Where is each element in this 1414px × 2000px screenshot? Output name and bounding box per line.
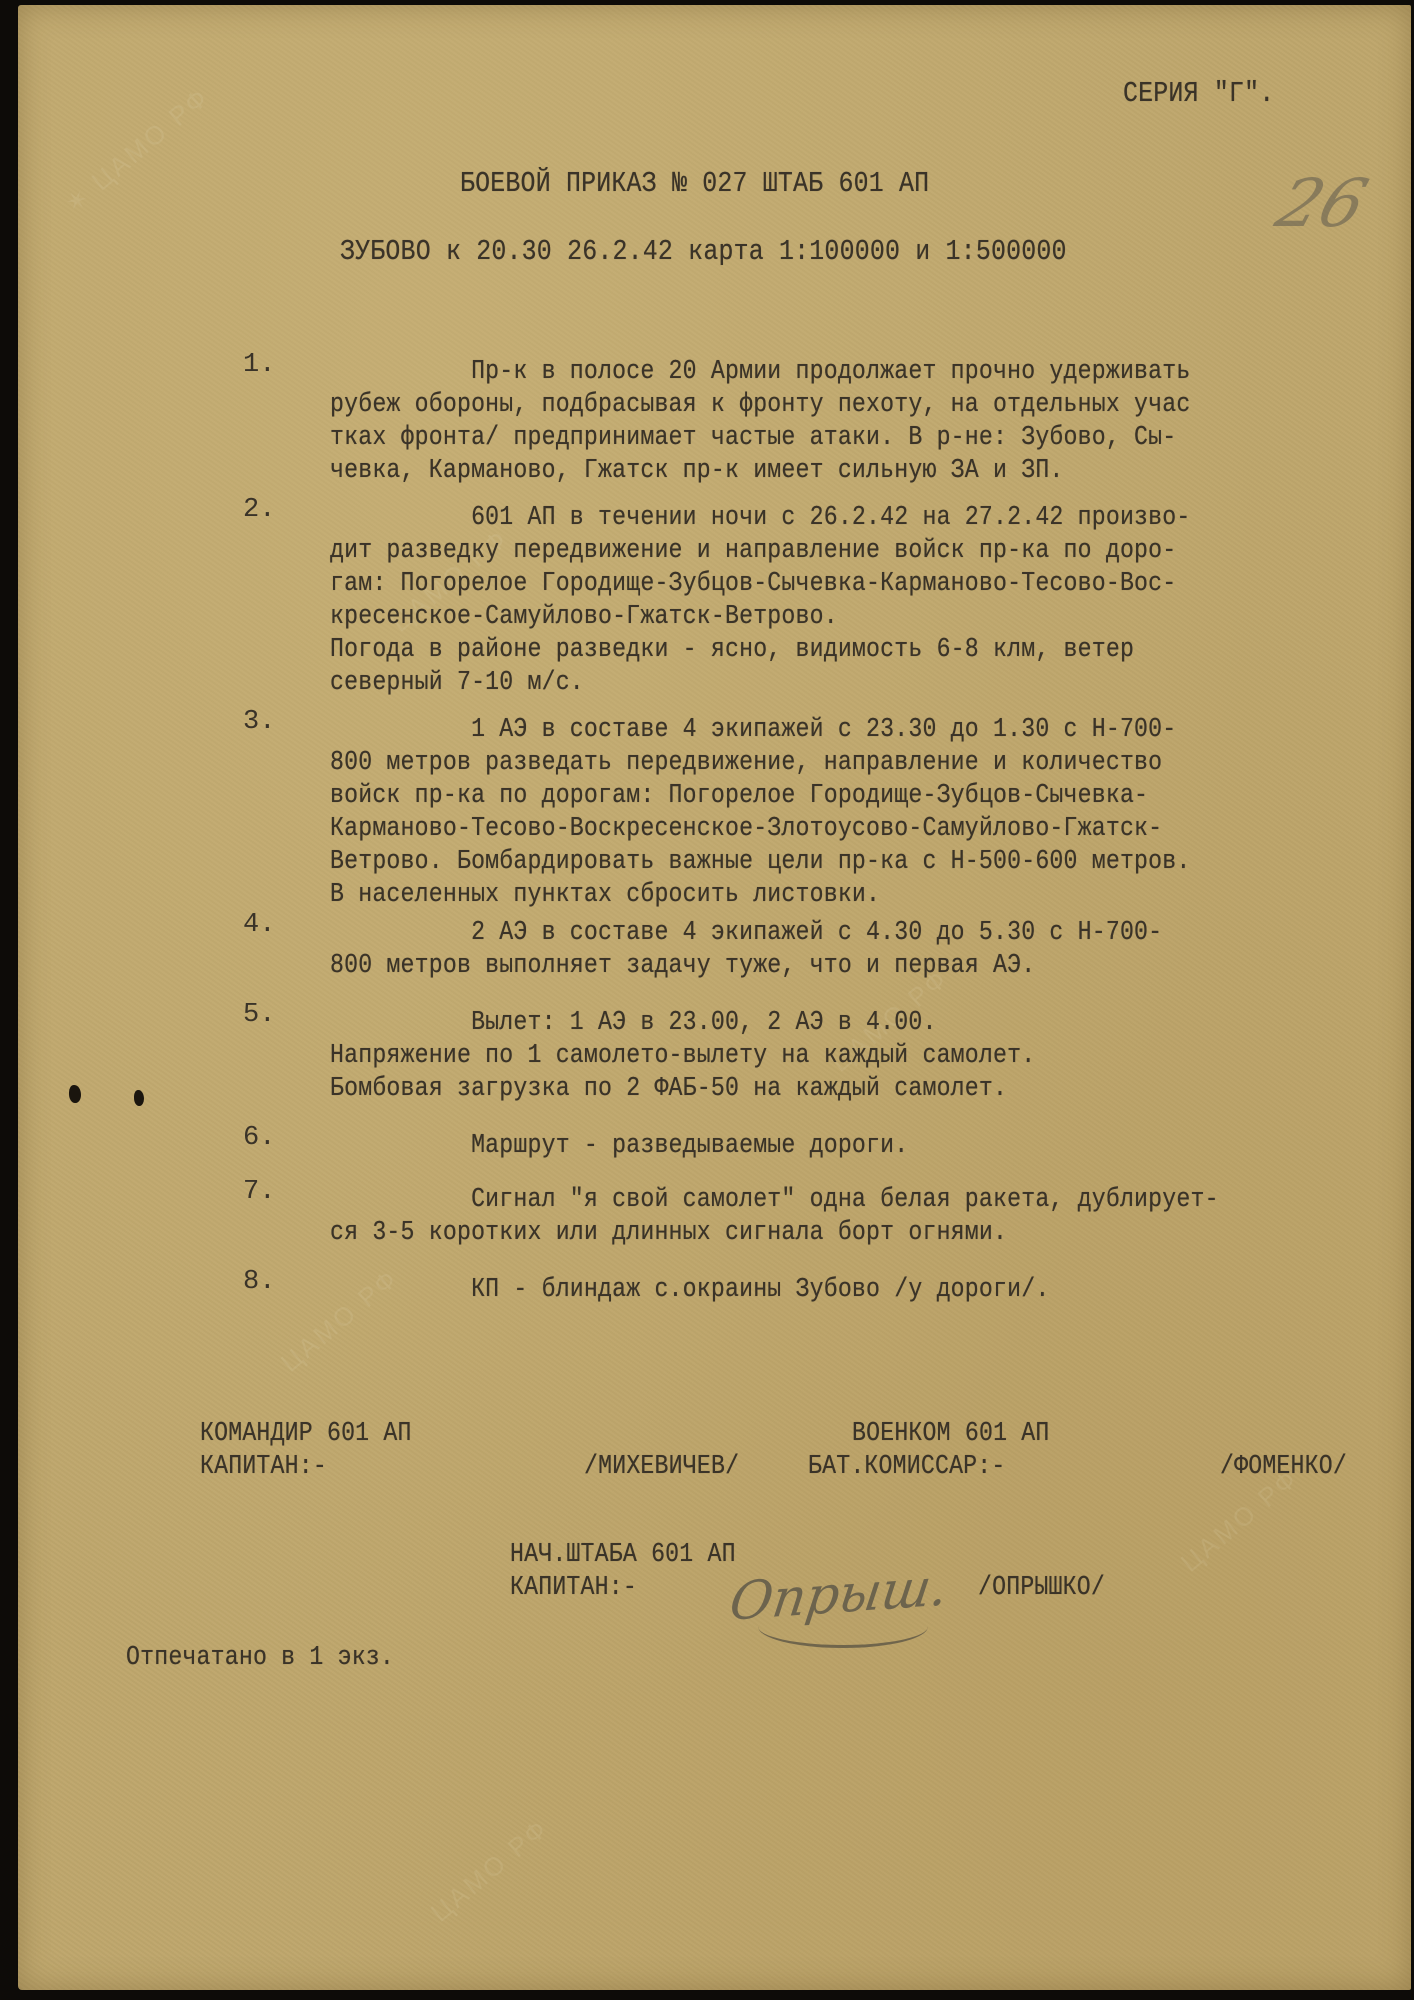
commissar-name: /ФОМЕНКО/: [1220, 1451, 1347, 1484]
punch-hole: [134, 1090, 144, 1106]
document-page: ✶ ЦАМО РФ ЦАМО РФ ЦАМО РФ ЦАМО РФ ЦАМО Р…: [18, 5, 1411, 1990]
item-line: Карманово-Тесово-Воскресенское-Злотоусов…: [330, 813, 1162, 846]
item-line: Погода в районе разведки - ясно, видимос…: [330, 634, 1134, 667]
item-line: Маршрут - разведываемые дороги.: [330, 1130, 908, 1163]
item-number: 2.: [243, 495, 275, 525]
item-line: Вылет: 1 АЭ в 23.00, 2 АЭ в 4.00.: [330, 1007, 937, 1040]
document-subtitle: ЗУБОВО к 20.30 26.2.42 карта 1:100000 и …: [340, 235, 1067, 268]
chief-of-staff-title: НАЧ.ШТАБА 601 АП: [510, 1539, 736, 1572]
item-line: северный 7-10 м/с.: [330, 667, 584, 700]
item-number: 3.: [243, 707, 275, 737]
commissar-rank: БАТ.КОМИССАР:-: [808, 1451, 1005, 1484]
item-line: КП - блиндаж с.окраины Зубово /у дороги/…: [330, 1274, 1049, 1307]
item-line: Бомбовая загрузка по 2 ФАБ-50 на каждый …: [330, 1073, 1007, 1106]
commander-title: КОМАНДИР 601 АП: [200, 1418, 412, 1451]
item-number: 6.: [243, 1123, 275, 1153]
item-line: дит разведку передвижение и направление …: [330, 535, 1176, 568]
chief-of-staff-name: /ОПРЫШКО/: [978, 1572, 1105, 1605]
item-number: 8.: [243, 1267, 275, 1297]
item-number: 1.: [243, 350, 275, 380]
item-line: 2 АЭ в составе 4 экипажей с 4.30 до 5.30…: [330, 917, 1162, 950]
signature-flourish: [758, 1605, 928, 1648]
item-line: чевка, Карманово, Гжатск пр-к имеет силь…: [330, 455, 1064, 488]
punch-hole: [69, 1085, 81, 1103]
item-number: 7.: [243, 1177, 275, 1207]
item-number: 5.: [243, 1000, 275, 1030]
watermark: ЦАМО РФ: [425, 1813, 555, 1929]
chief-of-staff-rank: КАПИТАН:-: [510, 1572, 637, 1605]
item-line: кресенское-Самуйлово-Гжатск-Ветрово.: [330, 601, 838, 634]
commander-rank: КАПИТАН:-: [200, 1451, 327, 1484]
item-line: 601 АП в течении ночи с 26.2.42 на 27.2.…: [330, 502, 1190, 535]
item-line: ся 3-5 коротких или длинных сигнала борт…: [330, 1217, 1007, 1250]
archive-page-number: 26: [1267, 165, 1376, 242]
item-line: 800 метров разведать передвижение, напра…: [330, 747, 1162, 780]
item-number: 4.: [243, 910, 275, 940]
item-line: Пр-к в полосе 20 Армии продолжает прочно…: [330, 356, 1190, 389]
document-title: БОЕВОЙ ПРИКАЗ № 027 ШТАБ 601 АП: [460, 167, 929, 200]
item-line: гам: Погорелое Городище-Зубцов-Сычевка-К…: [330, 568, 1176, 601]
item-line: Ветрово. Бомбардировать важные цели пр-к…: [330, 846, 1190, 879]
item-line: 800 метров выполняет задачу туже, что и …: [330, 950, 1035, 983]
item-line: тках фронта/ предпринимает частые атаки.…: [330, 422, 1176, 455]
item-line: В населенных пунктах сбросить листовки.: [330, 879, 880, 912]
item-line: рубеж обороны, подбрасывая к фронту пехо…: [330, 389, 1190, 422]
item-line: Напряжение по 1 самолето-вылету на кажды…: [330, 1040, 1035, 1073]
item-line: войск пр-ка по дорогам: Погорелое Городи…: [330, 780, 1148, 813]
commander-name: /МИХЕВИЧЕВ/: [584, 1451, 739, 1484]
copies-note: Отпечатано в 1 экз.: [126, 1642, 394, 1675]
item-line: 1 АЭ в составе 4 экипажей с 23.30 до 1.3…: [330, 714, 1176, 747]
item-line: Сигнал "я свой самолет" одна белая ракет…: [330, 1184, 1219, 1217]
watermark: ✶ ЦАМО РФ: [59, 81, 216, 219]
series-label: СЕРИЯ "Г".: [1123, 77, 1274, 110]
commissar-title: ВОЕНКОМ 601 АП: [852, 1418, 1049, 1451]
